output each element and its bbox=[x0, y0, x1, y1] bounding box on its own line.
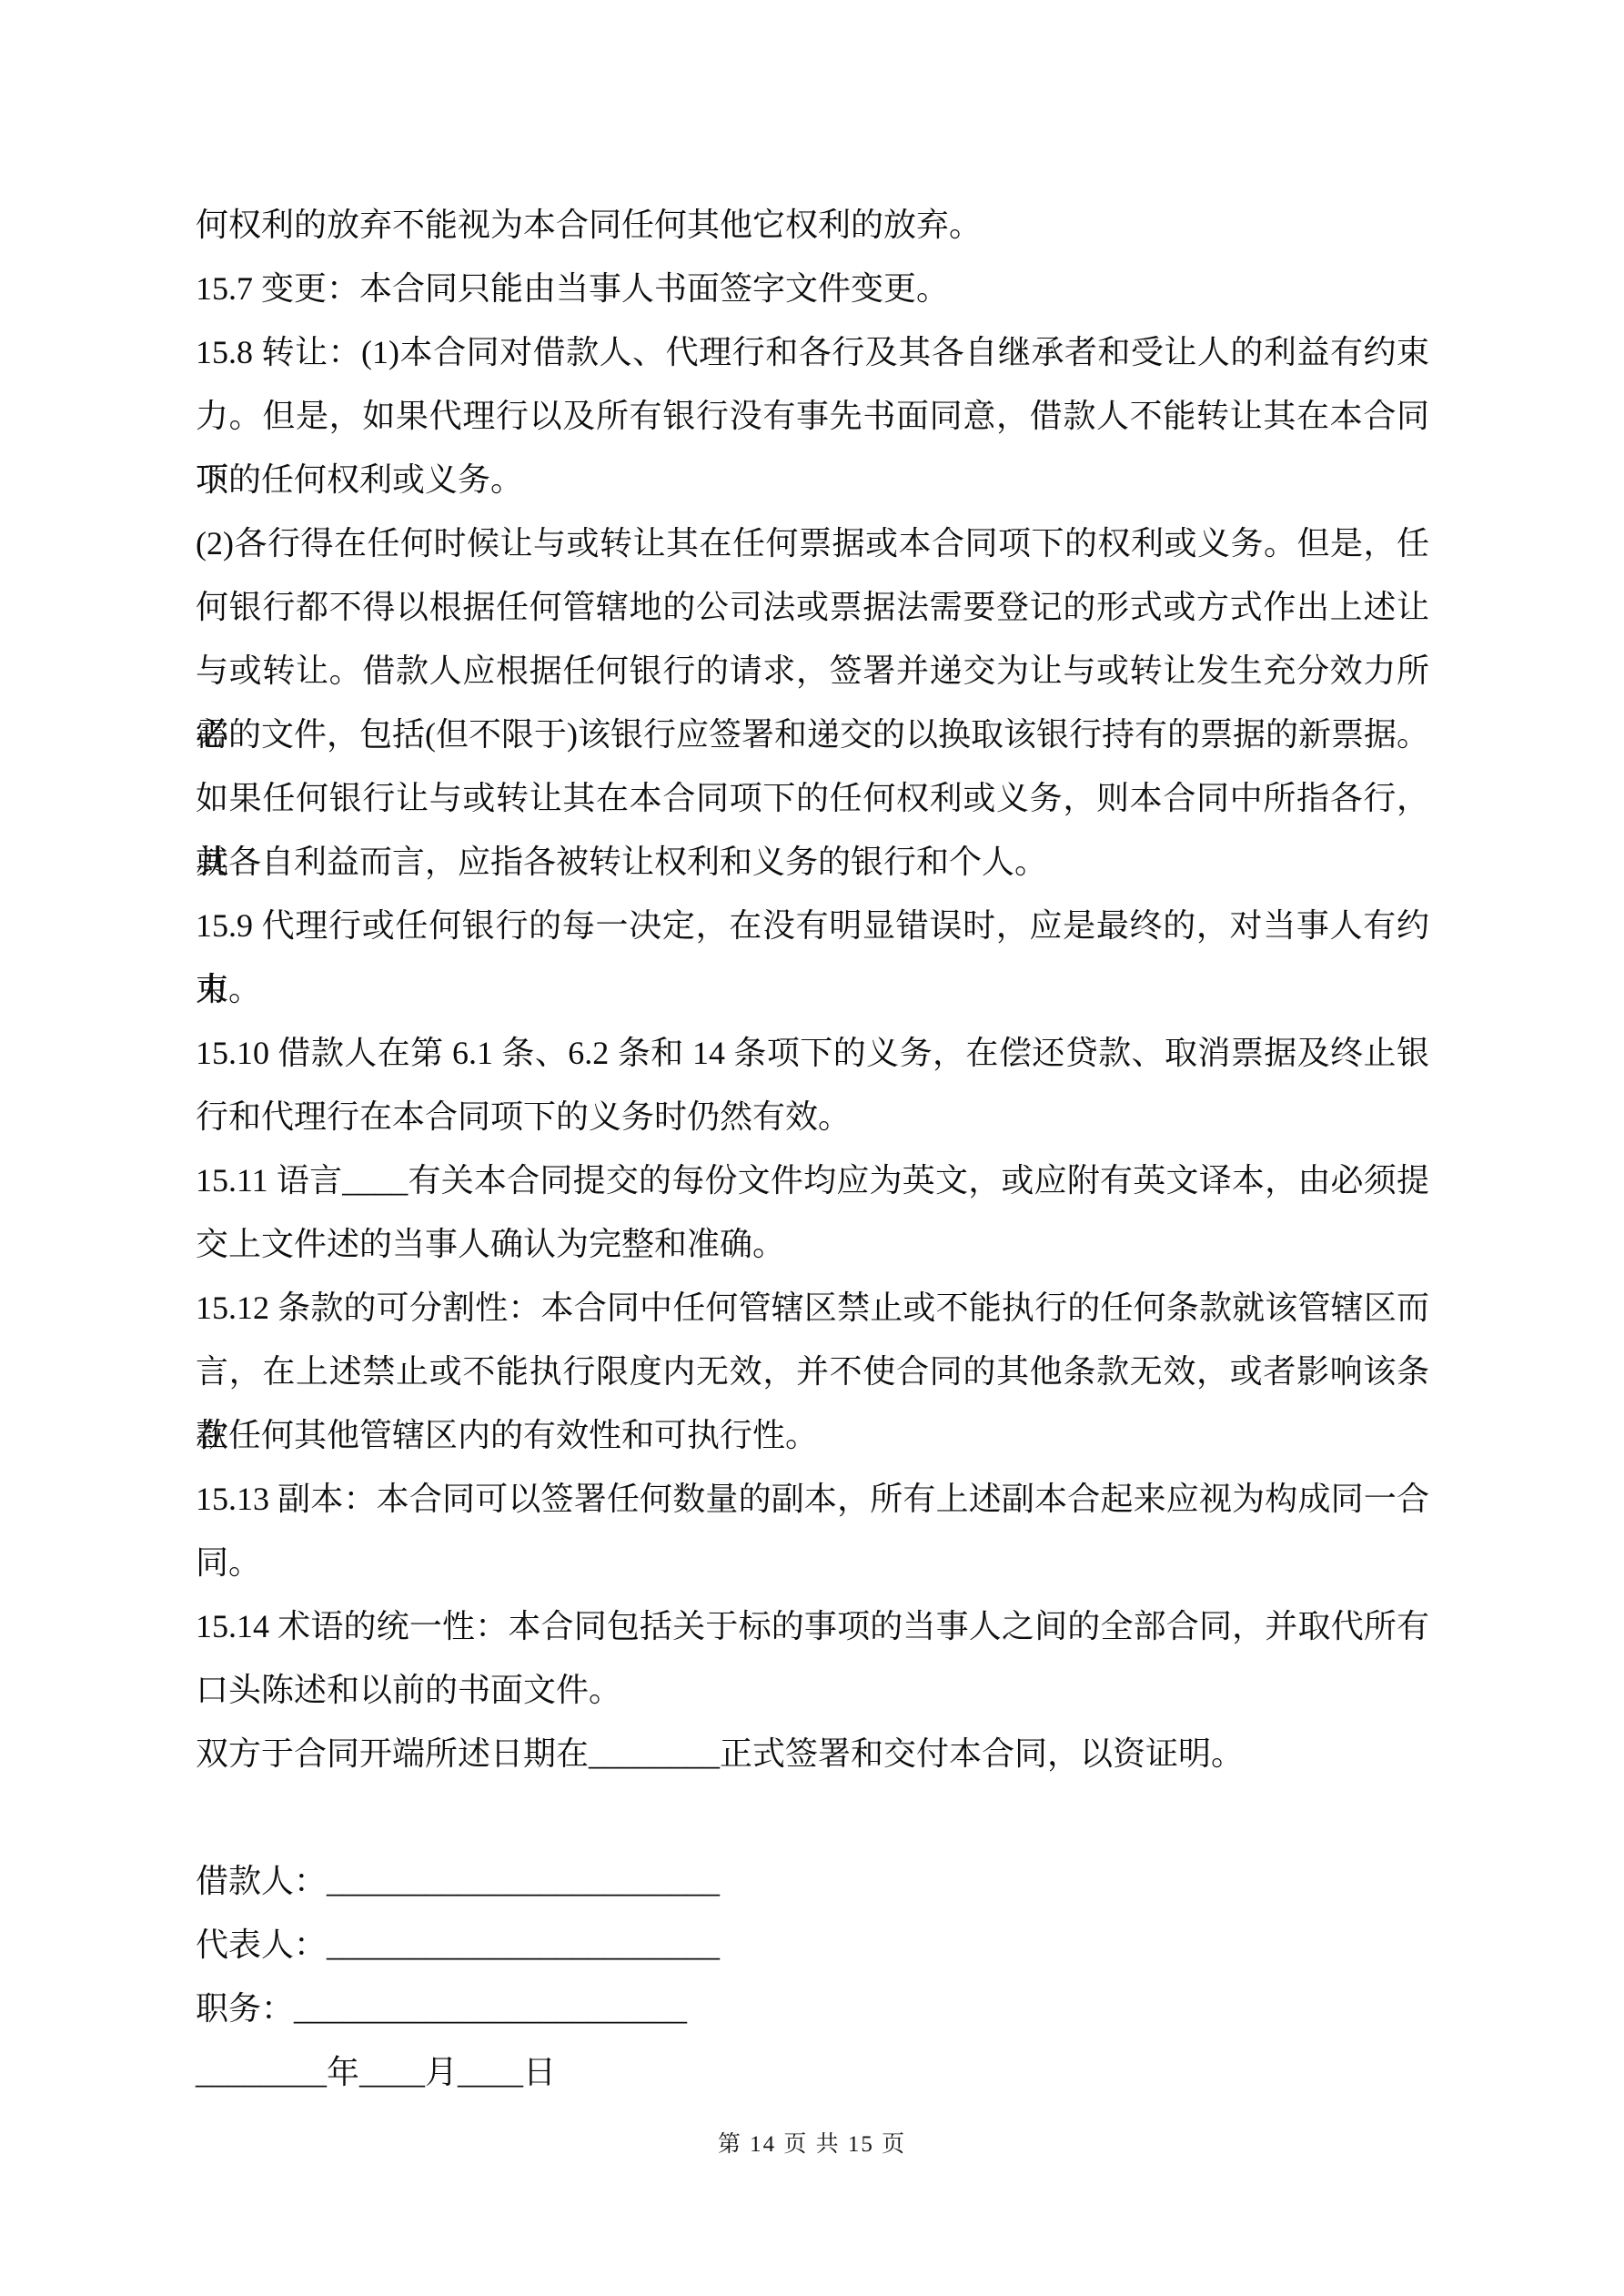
text-line: ________年____月____日 bbox=[196, 2040, 1429, 2104]
text-line: 借款人：________________________ bbox=[196, 1849, 1429, 1913]
text-line: 15.12 条款的可分割性：本合同中任何管辖区禁止或不能执行的任何条款就该管辖区… bbox=[196, 1276, 1429, 1340]
text-line: 职务：________________________ bbox=[196, 1977, 1429, 2040]
text-line: 同。 bbox=[196, 1531, 1429, 1594]
text-line: 需的文件，包括(但不限于)该银行应签署和递交的以换取该银行持有的票据的新票据。 bbox=[196, 703, 1429, 766]
text-line: 15.7 变更：本合同只能由当事人书面签字文件变更。 bbox=[196, 257, 1429, 320]
text-line: 行和代理行在本合同项下的义务时仍然有效。 bbox=[196, 1085, 1429, 1148]
contract-document-page: 何权利的放弃不能视为本合同任何其他它权利的放弃。15.7 变更：本合同只能由当事… bbox=[0, 0, 1624, 2296]
text-line: 何银行都不得以根据任何管辖地的公司法或票据法需要登记的形式或方式作出上述让 bbox=[196, 575, 1429, 639]
text-line: 与或转让。借款人应根据任何银行的请求，签署并递交为让与或转让发生充分效力所必 bbox=[196, 639, 1429, 703]
text-line: 力。但是，如果代理行以及所有银行没有事先书面同意，借款人不能转让其在本合同项 bbox=[196, 384, 1429, 448]
text-line: 如果任何银行让与或转让其在本合同项下的任何权利或义务，则本合同中所指各行，就 bbox=[196, 766, 1429, 830]
text-line: 力。 bbox=[196, 957, 1429, 1021]
text-line: 15.10 借款人在第 6.1 条、6.2 条和 14 条项下的义务，在偿还贷款… bbox=[196, 1021, 1429, 1085]
text-line: 在任何其他管辖区内的有效性和可执行性。 bbox=[196, 1403, 1429, 1467]
text-line: 15.13 副本：本合同可以签署任何数量的副本，所有上述副本合起来应视为构成同一… bbox=[196, 1467, 1429, 1531]
text-line: 何权利的放弃不能视为本合同任何其他它权利的放弃。 bbox=[196, 193, 1429, 257]
text-line: 15.11 语言____有关本合同提交的每份文件均应为英文，或应附有英文译本，由… bbox=[196, 1148, 1429, 1212]
text-line: 15.14 术语的统一性：本合同包括关于标的事项的当事人之间的全部合同，并取代所… bbox=[196, 1594, 1429, 1658]
page-footer: 第 14 页 共 15 页 bbox=[0, 2126, 1624, 2159]
text-line: 下的任何权利或义务。 bbox=[196, 448, 1429, 511]
page-number-label: 第 14 页 共 15 页 bbox=[718, 2132, 906, 2157]
text-line bbox=[196, 1785, 1429, 1849]
text-line: 15.8 转让：(1)本合同对借款人、代理行和各行及其各自继承者和受让人的利益有… bbox=[196, 320, 1429, 384]
contract-body-text: 何权利的放弃不能视为本合同任何其他它权利的放弃。15.7 变更：本合同只能由当事… bbox=[196, 193, 1429, 2104]
text-line: 言，在上述禁止或不能执行限度内无效，并不使合同的其他条款无效，或者影响该条款 bbox=[196, 1340, 1429, 1403]
text-line: 其各自利益而言，应指各被转让权利和义务的银行和个人。 bbox=[196, 830, 1429, 894]
text-line: 15.9 代理行或任何银行的每一决定，在没有明显错误时，应是最终的，对当事人有约… bbox=[196, 894, 1429, 957]
text-line: 双方于合同开端所述日期在________正式签署和交付本合同，以资证明。 bbox=[196, 1722, 1429, 1785]
text-line: 代表人：________________________ bbox=[196, 1913, 1429, 1977]
text-line: 口头陈述和以前的书面文件。 bbox=[196, 1658, 1429, 1722]
text-line: 交上文件述的当事人确认为完整和准确。 bbox=[196, 1212, 1429, 1276]
text-line: (2)各行得在任何时候让与或转让其在任何票据或本合同项下的权利或义务。但是，任 bbox=[196, 511, 1429, 575]
